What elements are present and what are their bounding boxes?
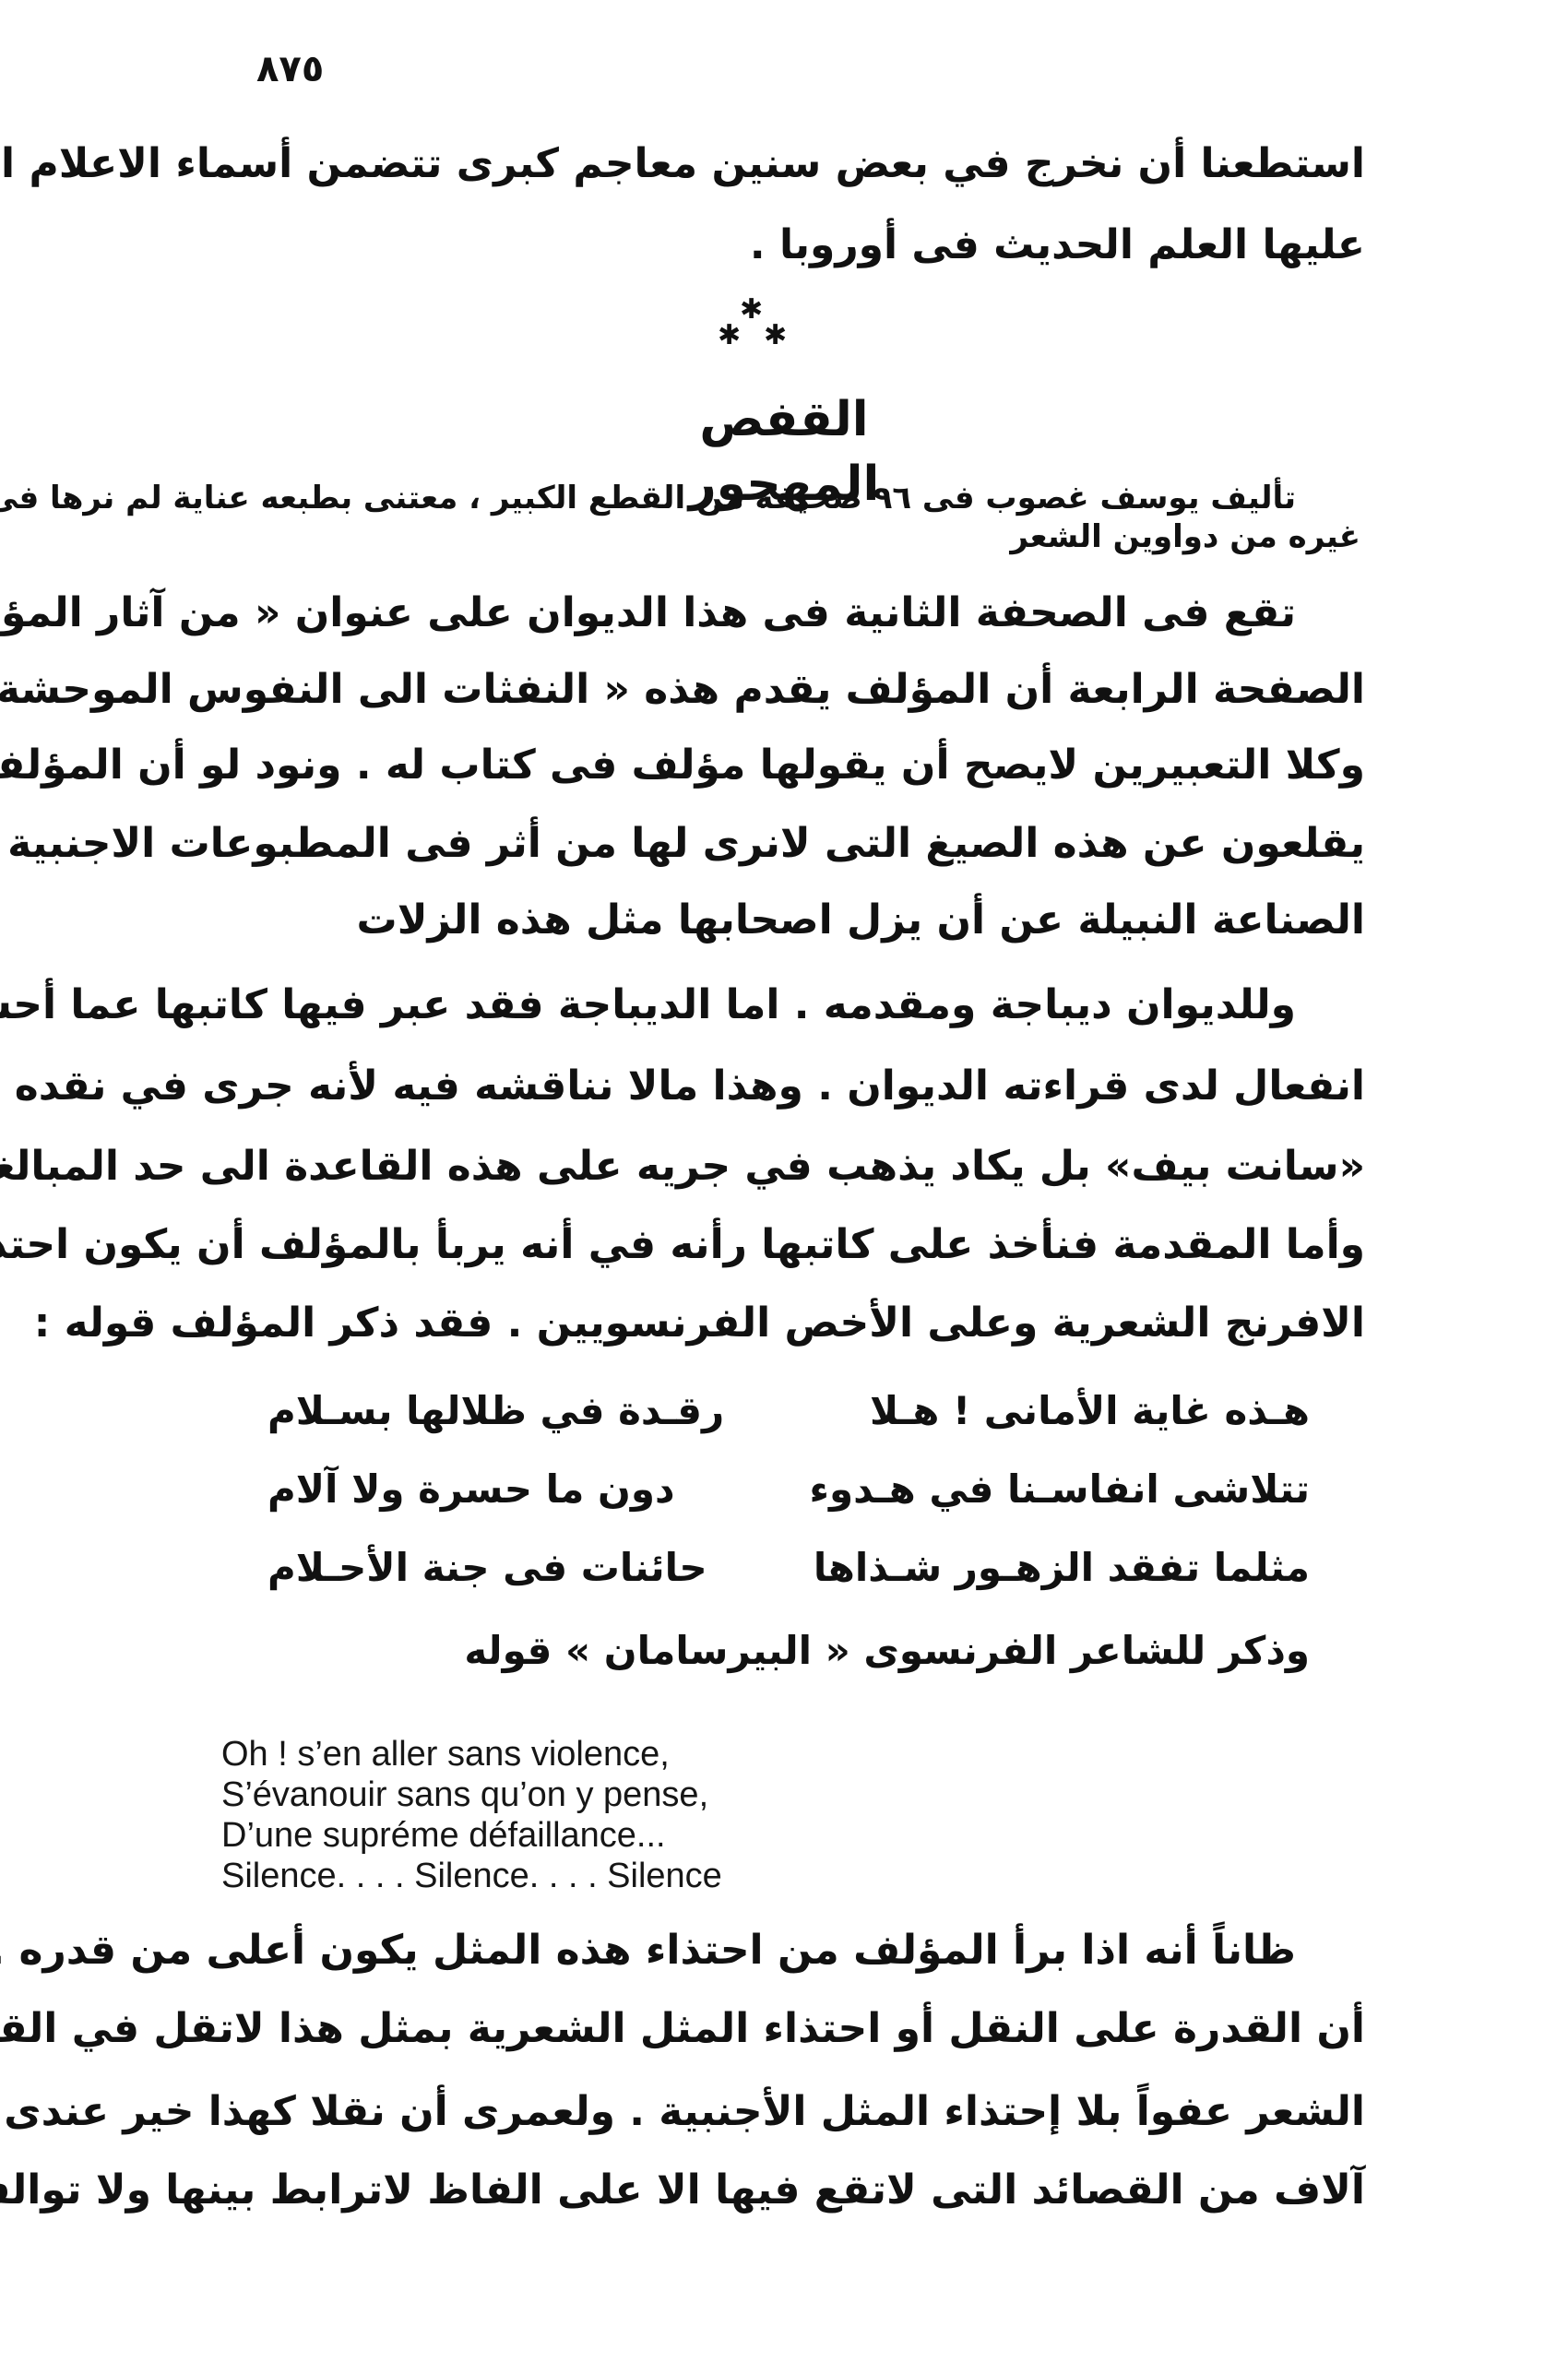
text-line: آلاف من القصائد التى لاتقع فيها الا على … [180, 2163, 1365, 2218]
star-icon: ✱ [718, 319, 741, 351]
verse-hemistich-second: رقـدة في ظلالها بسـلام [267, 1383, 724, 1439]
text-line: وللديوان ديباجة ومقدمه . اما الديباجة فق… [180, 978, 1296, 1033]
french-verse-line: Oh ! s’en aller sans violence, [221, 1734, 722, 1774]
verse-line: مثلما تفقد الزهـور شـذاها حائنات فى جنة … [267, 1540, 1310, 1596]
text-line: وكلا التعبيرين لايصح أن يقولها مؤلف فى ك… [180, 738, 1365, 793]
star-icon: ✱ [740, 293, 763, 326]
verse-line: هـذه غاية الأمانى ! هـلا رقـدة في ظلالها… [267, 1383, 1310, 1439]
french-verse-line: D’une supréme défaillance... [221, 1815, 722, 1856]
star-separator: ✱ ✱ ✱ [692, 293, 802, 367]
text-line: انفعال لدى قراءته الديوان . وهذا مالا نن… [180, 1059, 1365, 1114]
text-line: الشعر عفواً بلا إحتذاء المثل الأجنبية . … [180, 2084, 1365, 2140]
french-verse-line: Silence. . . . Silence. . . . Silence [221, 1856, 722, 1896]
review-subtitle-line: غيره من دواوين الشعر [1010, 516, 1360, 557]
intro-line: استطعنا أن نخرج في بعض سنين معاجم كبرى ت… [180, 136, 1365, 192]
verse-hemistich-second: دون ما حسرة ولا آلام [267, 1462, 675, 1517]
text-line: «سانت بيف» بل يكاد يذهب في جريه على هذه … [180, 1139, 1365, 1194]
intro-line: عليها العلم الحديث فى أوروبا . [180, 218, 1365, 273]
french-poem: Oh ! s’en aller sans violence, S’évanoui… [221, 1734, 722, 1896]
text-line: الافرنج الشعرية وعلى الأخص الفرنسويين . … [180, 1296, 1365, 1351]
text-line: يقلعون عن هذه الصيغ التى لانرى لها من أث… [180, 816, 1365, 872]
text-line: الصناعة النبيلة عن أن يزل اصحابها مثل هذ… [180, 893, 1365, 948]
text-line: ظاناً أنه اذا برأ المؤلف من احتذاء هذه ا… [180, 1923, 1296, 1978]
french-intro-line: وذكر للشاعر الفرنسوى « البيرسامان » قوله [464, 1623, 1310, 1679]
verse-line: تتلاشى انفاسـنا في هـدوء دون ما حسرة ولا… [267, 1462, 1310, 1517]
text-line: الصفحة الرابعة أن المؤلف يقدم هذه « النف… [180, 662, 1365, 718]
page-number: ٨٧٥ [256, 48, 324, 90]
star-icon: ✱ [764, 319, 787, 351]
text-line: وأما المقدمة فنأخذ على كاتبها رأنه في أن… [180, 1217, 1365, 1273]
verse-hemistich-second: حائنات فى جنة الأحـلام [267, 1540, 707, 1596]
verse-hemistich-first: هـذه غاية الأمانى ! هـلا [870, 1383, 1310, 1439]
verse-hemistich-first: مثلما تفقد الزهـور شـذاها [814, 1540, 1310, 1596]
text-line: تقع فى الصحفة الثانية فى هذا الديوان على… [180, 586, 1296, 641]
french-verse-line: S’évanouir sans qu’on y pense, [221, 1774, 722, 1815]
review-subtitle-line: تأليف يوسف غصوب فى ٩٦ صحيفة من القطع الك… [208, 478, 1296, 518]
verse-hemistich-first: تتلاشى انفاسـنا في هـدوء [809, 1462, 1310, 1517]
text-line: أن القدرة على النقل أو احتذاء المثل الشع… [180, 2001, 1365, 2057]
